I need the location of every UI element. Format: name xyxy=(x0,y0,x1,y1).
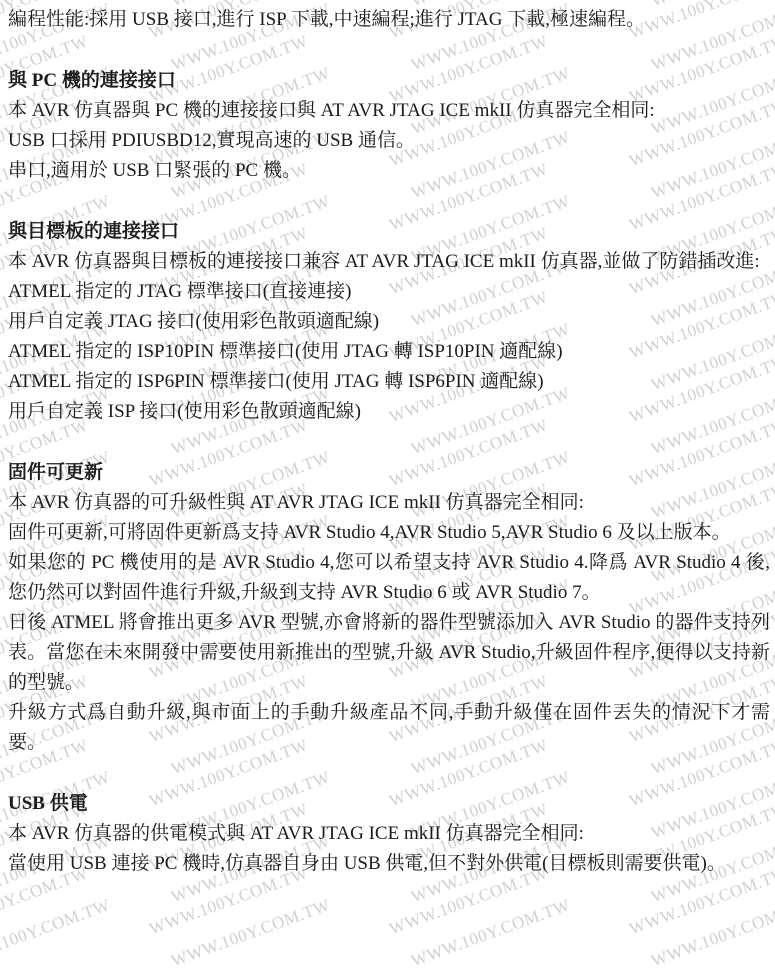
sections-container: 與 PC 機的連接接口本 AVR 仿真器與 PC 機的連接接口與 AT AVR … xyxy=(8,66,770,879)
paragraph: ATMEL 指定的 ISP6PIN 標準接口(使用 JTAG 轉 ISP6PIN… xyxy=(8,367,770,397)
paragraph: 本 AVR 仿真器的可升級性與 AT AVR JTAG ICE mkII 仿真器… xyxy=(8,488,770,518)
paragraph: 用戶自定義 JTAG 接口(使用彩色散頭適配線) xyxy=(8,307,770,337)
watermark-text: WWW.100Y.COM.TW xyxy=(409,895,573,971)
paragraph: ATMEL 指定的 ISP10PIN 標準接口(使用 JTAG 轉 ISP10P… xyxy=(8,337,770,367)
paragraph: 用戶自定義 ISP 接口(使用彩色散頭適配線) xyxy=(8,397,770,427)
watermark-text: WWW.100Y.COM.TW xyxy=(0,895,113,971)
paragraph: 日後 ATMEL 將會推出更多 AVR 型號,亦會將新的器件型號添加入 AVR … xyxy=(8,608,770,698)
section-heading: 與 PC 機的連接接口 xyxy=(8,66,770,96)
paragraph: 串口,適用於 USB 口緊張的 PC 機。 xyxy=(8,156,770,186)
paragraph: 本 AVR 仿真器與目標板的連接接口兼容 AT AVR JTAG ICE mkI… xyxy=(8,247,770,277)
paragraph: 本 AVR 仿真器的供電模式與 AT AVR JTAG ICE mkII 仿真器… xyxy=(8,819,770,849)
watermark-text: WWW.100Y.COM.TW xyxy=(169,895,333,971)
intro-paragraph: 編程性能:採用 USB 接口,進行 ISP 下載,中速編程;進行 JTAG 下載… xyxy=(8,5,770,35)
paragraph: 本 AVR 仿真器與 PC 機的連接接口與 AT AVR JTAG ICE mk… xyxy=(8,96,770,126)
document-content: 編程性能:採用 USB 接口,進行 ISP 下載,中速編程;進行 JTAG 下載… xyxy=(0,0,775,879)
watermark-text: WWW.100Y.COM.TW xyxy=(649,895,775,971)
section-heading: 固件可更新 xyxy=(8,458,770,488)
section-heading: USB 供電 xyxy=(8,789,770,819)
paragraph: 當使用 USB 連接 PC 機時,仿真器自身由 USB 供電,但不對外供電(目標… xyxy=(8,849,770,879)
section-heading: 與目標板的連接接口 xyxy=(8,217,770,247)
paragraph: ATMEL 指定的 JTAG 標準接口(直接連接) xyxy=(8,277,770,307)
document-page: WWW.100Y.COM.TWWWW.100Y.COM.TWWWW.100Y.C… xyxy=(0,0,775,974)
paragraph: USB 口採用 PDIUSBD12,實現高速的 USB 通信。 xyxy=(8,126,770,156)
paragraph: 如果您的 PC 機使用的是 AVR Studio 4,您可以希望支持 AVR S… xyxy=(8,548,770,608)
paragraph: 固件可更新,可將固件更新爲支持 AVR Studio 4,AVR Studio … xyxy=(8,518,770,548)
paragraph: 升級方式爲自動升級,與市面上的手動升級產品不同,手動升級僅在固件丟失的情況下才需… xyxy=(8,698,770,758)
